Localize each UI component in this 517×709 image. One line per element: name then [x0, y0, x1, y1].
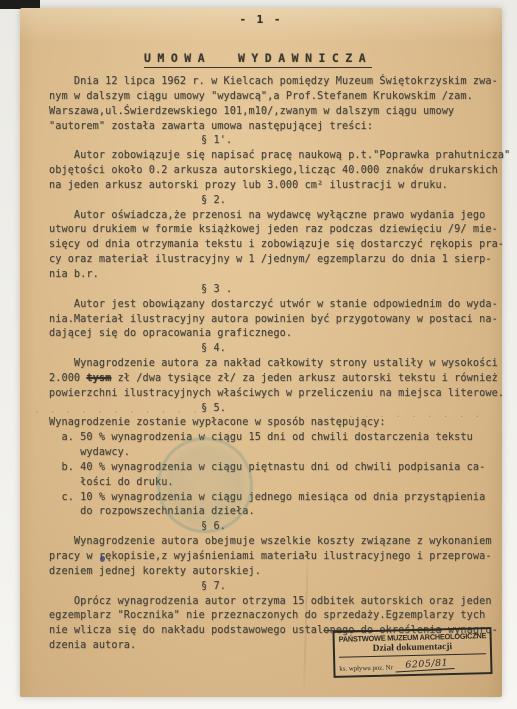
document-line: 2.000 tysm zł /dwa tysiące zł/ za jeden … [49, 372, 509, 387]
document-line: wydawcy. [49, 446, 509, 461]
document-line: sięcy od dnia otrzymania tekstu i zobowi… [49, 238, 509, 253]
round-ink-stamp [157, 437, 253, 533]
document-line: dającej się do opracowania graficznego. [49, 327, 509, 342]
section-heading: § 1'. [49, 134, 509, 149]
document-line: Warszawa,ul.Świerdzewskiego 101,m10/,zwa… [49, 105, 509, 120]
section-heading: § 6. [49, 520, 509, 535]
document-line: Wynagrodzenie autora za nakład całkowity… [49, 357, 509, 372]
document-line: cy oraz materiał ilustracyjny w 1 /jedny… [49, 253, 509, 268]
stamp-register-number-handwritten: 6205/81 [395, 657, 455, 672]
document-line: utworu drukiem w formie książkowej jeden… [49, 223, 509, 238]
document-line: nia.Materiał ilustracyjny autora powinie… [49, 313, 509, 328]
document-line: łości do druku. [49, 476, 509, 491]
document-line: Dnia 12 lipca 1962 r. w Kielcach pomiędz… [49, 75, 509, 90]
document-line: b. 40 % wynagrodzenia w ciągu piętnastu … [49, 461, 509, 476]
document-line: egzemplarz "Rocznika" nie przeznaczonych… [49, 609, 509, 624]
document-line: do rozpowszechniania dzieła. [49, 505, 509, 520]
document-line: powierzchni ilustracyjnych właściwych w … [49, 387, 509, 402]
document-line: Oprócz wynagrodzenia autor otrzyma 15 od… [49, 595, 509, 610]
page-number: - 1 - [20, 13, 502, 26]
section-heading: § 5. [49, 402, 509, 417]
document-line: Autor oświadcza,że przenosi na wydawcę w… [49, 209, 509, 224]
document-line: nia b.r. [49, 268, 509, 283]
line-segment: nie wlicza się do nakładu podstawowego u… [49, 625, 323, 636]
line-segment: zł /dwa tysiące zł/ za jeden arkusz auto… [111, 373, 497, 384]
document-line: na jeden arkusz autorski prozy lub 3.000… [49, 179, 509, 194]
document-line: Wynagrodzenie zostanie wypłacone w sposó… [49, 416, 509, 431]
stamp-register-row: ks. wpływu poz. Nr 6205/81 [339, 657, 486, 673]
document-line: c. 10 % wynagrodzenia w ciągu jednego mi… [49, 491, 509, 506]
document-line: Wynagrodzenie autora obejmuje wszelkie k… [49, 535, 509, 550]
document-line: "autorem" została zawarta umowa następuj… [49, 120, 509, 135]
document-title: UMOWA WYDAWNICZA [144, 51, 372, 68]
line-segment: 2.000 [49, 373, 86, 384]
document-page: - 1 - UMOWA WYDAWNICZA . . . . . . . . .… [20, 8, 502, 697]
stamp-department-name: Dział dokumentacji [339, 641, 486, 658]
section-heading: § 7. [49, 580, 509, 595]
document-line: objętości około 0.2 arkusza autorskiego,… [49, 164, 509, 179]
document-line: nym w dalszym ciągu umowy "wydawcą",a Pr… [49, 90, 509, 105]
document-line: pracy w rękopisie,z wyjaśnieniami materi… [49, 550, 509, 565]
document-line: Autor jest obowiązany dostarczyć utwór w… [49, 298, 509, 313]
stamp-register-label: ks. wpływu poz. Nr [339, 664, 393, 672]
section-heading: § 3 . [49, 283, 509, 298]
scan-background: - 1 - UMOWA WYDAWNICZA . . . . . . . . .… [0, 0, 517, 709]
museum-registry-stamp: PAŃSTWOWE MUZEUM ARCHEOLOGICZNE Dział do… [332, 627, 492, 678]
document-line: dzeniem jednej korekty autorskiej. [49, 565, 509, 580]
document-line: a. 50 % wynagrodzenia w ciągu 15 dni od … [49, 431, 509, 446]
section-heading: § 2. [49, 194, 509, 209]
document-body: Dnia 12 lipca 1962 r. w Kielcach pomiędz… [49, 75, 509, 654]
document-line: Autor zobowiązuje się napisać pracę nauk… [49, 149, 509, 164]
section-heading: § 4. [49, 342, 509, 357]
struck-text: tysm [86, 373, 111, 384]
